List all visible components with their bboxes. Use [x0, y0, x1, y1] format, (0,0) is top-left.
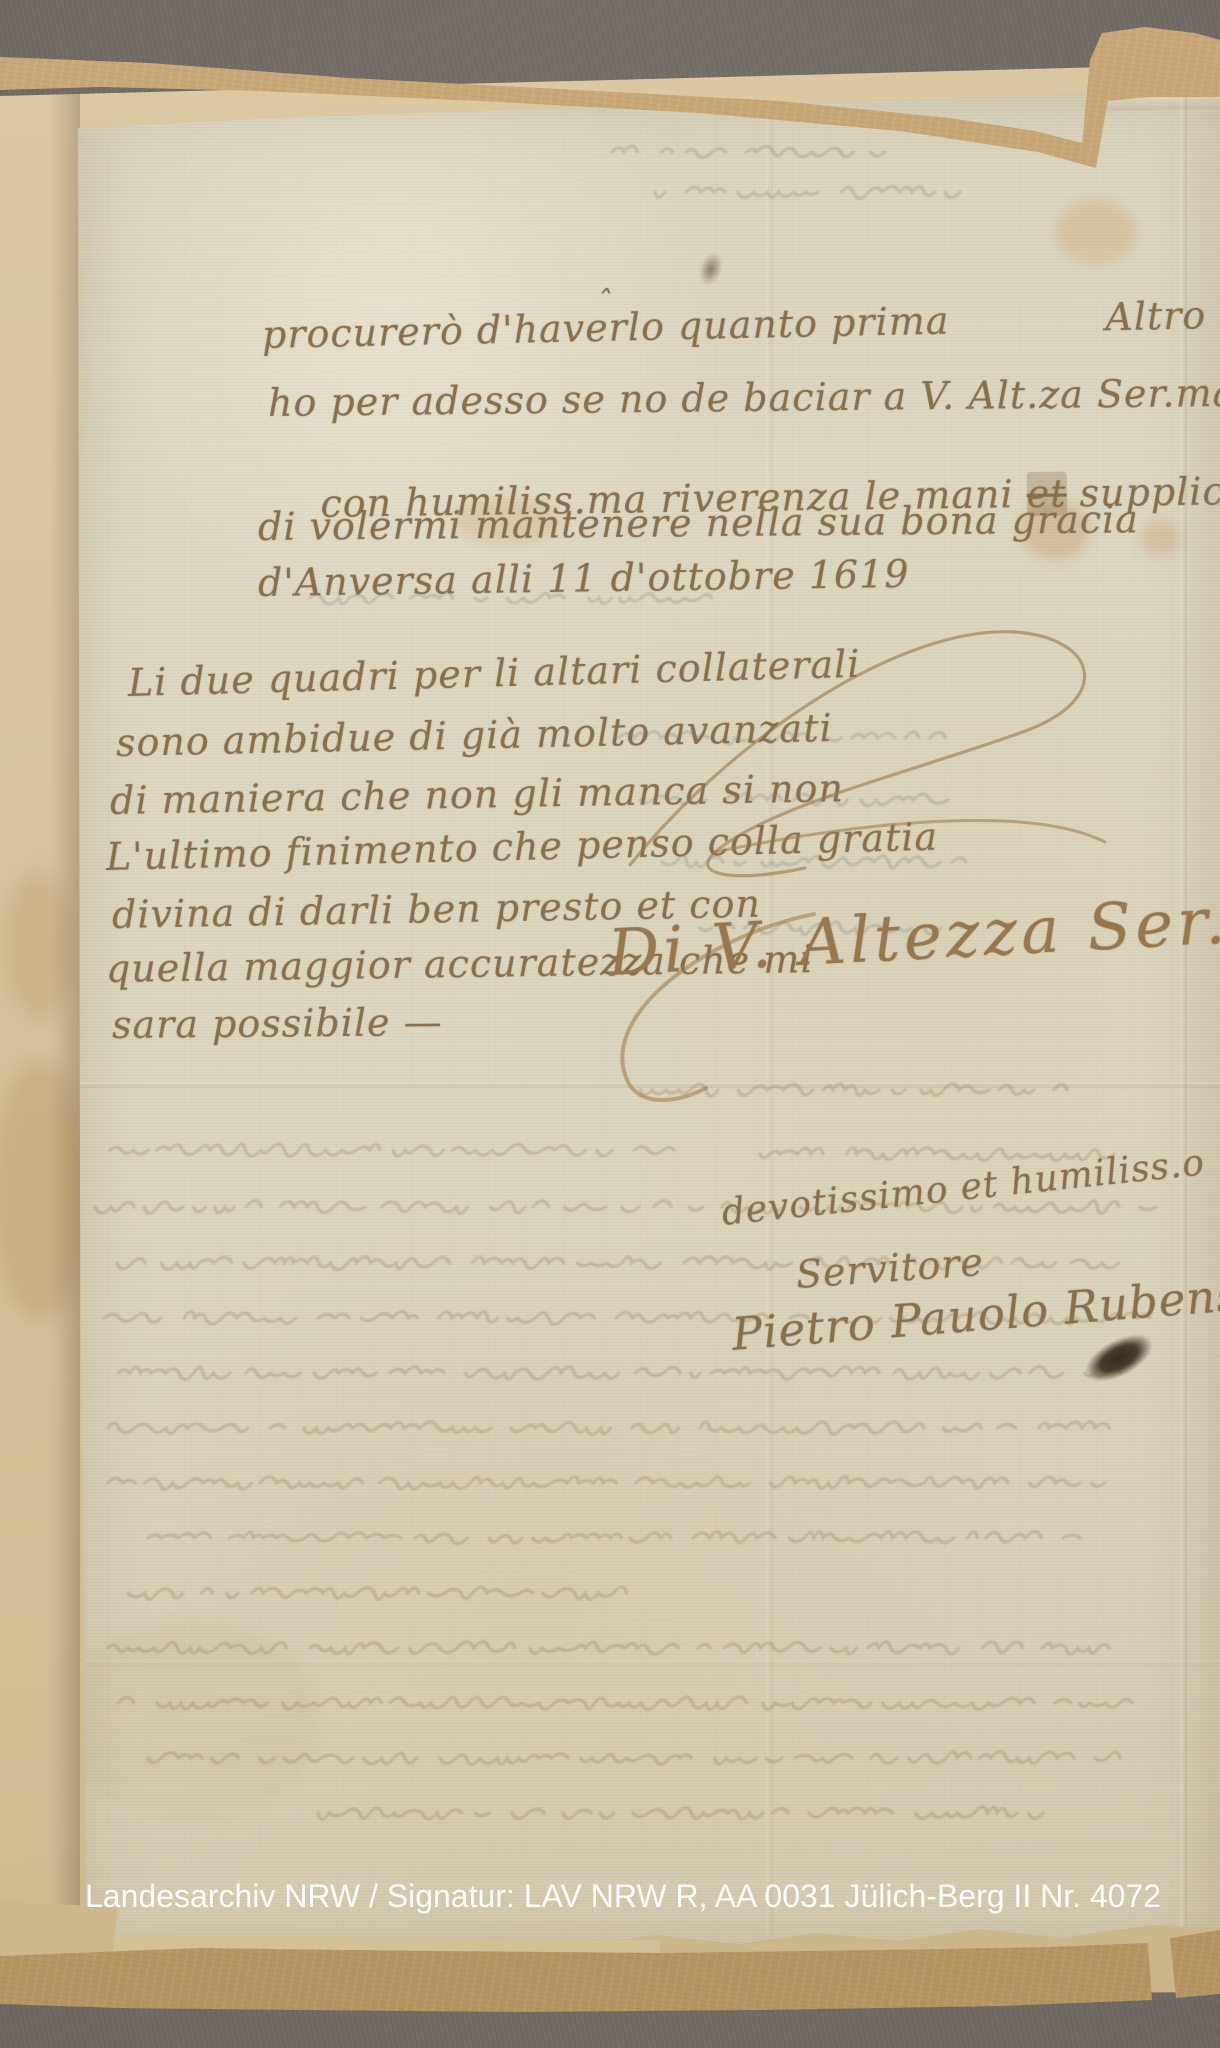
- backing-shadow: [50, 0, 80, 2048]
- flourish-stroke: [630, 632, 1085, 876]
- flourish-stroke: [715, 820, 1105, 852]
- letter-line: di volermi mantenere nella sua bona grac…: [258, 500, 1139, 546]
- archive-caption: Landesarchiv NRW / Signatur: LAV NRW R, …: [85, 1878, 1161, 1915]
- pen-flourish: [600, 590, 1160, 900]
- letter-sheet: ˆ procurerò d'haverlo quanto prima Altro…: [0, 0, 1220, 2048]
- letter-line: ho per adesso se no de baciar a V. Alt.z…: [268, 374, 1220, 422]
- archive-photo: ˆ procurerò d'haverlo quanto prima Altro…: [0, 0, 1220, 2048]
- letter-line: sara possibile —: [112, 1003, 443, 1044]
- backing-stain: [4, 870, 74, 1020]
